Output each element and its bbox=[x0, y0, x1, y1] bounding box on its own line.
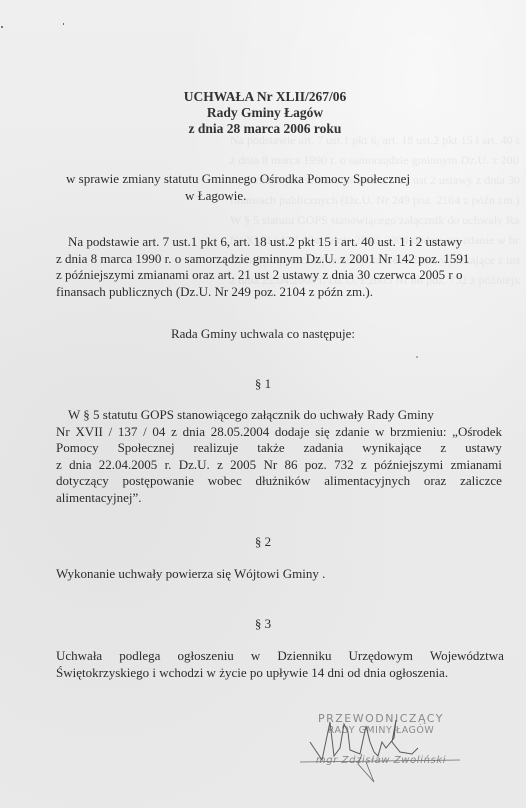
resolution-date: z dnia 28 marca 2006 roku bbox=[140, 121, 390, 137]
section-3-line: Świętokrzyskiego i wchodzi w życie po up… bbox=[56, 665, 504, 682]
section-1-line: PomocySpołecznejrealizujetakżezadaniawyn… bbox=[56, 440, 502, 457]
scan-speck bbox=[63, 23, 64, 25]
stamp-body: RADY GMINY ŁAGÓW bbox=[296, 725, 466, 737]
chairman-stamp: PRZEWODNICZĄCY RADY GMINY ŁAGÓW mgr Zdzi… bbox=[296, 712, 466, 766]
legal-basis-line: z dnia 8 marca 1990 r. o samorządzie gmi… bbox=[56, 251, 486, 268]
subject-line-1: w sprawie zmiany statutu Gminnego Ośrodk… bbox=[66, 171, 410, 188]
section-3-heading: § 3 bbox=[0, 616, 526, 633]
resolution-issuer: Rady Gminy Łagów bbox=[140, 105, 390, 121]
section-1-line: dotyczącypostępowaniewobecdłużnikówalime… bbox=[56, 473, 502, 490]
section-3-body: UchwałapodlegaogłoszeniuwDziennikuUrzędo… bbox=[56, 648, 504, 681]
section-1-line: alimentacyjnej”. bbox=[56, 490, 502, 507]
section-3-line: UchwałapodlegaogłoszeniuwDziennikuUrzędo… bbox=[56, 648, 504, 665]
scan-speck bbox=[1, 26, 3, 28]
section-2-heading: § 2 bbox=[0, 534, 526, 551]
legal-basis-line: Na podstawie art. 7 ust.1 pkt 6, art. 18… bbox=[56, 234, 486, 251]
legal-basis-paragraph: Na podstawie art. 7 ust.1 pkt 6, art. 18… bbox=[56, 234, 486, 300]
stamp-name: mgr Zdzisław Zwoliński bbox=[296, 755, 466, 766]
legal-basis-line: z późniejszymi zmianami oraz art. 21 ust… bbox=[56, 267, 486, 284]
section-1-line: NrXVII/137/04zdnia28.05.2004dodajesięzda… bbox=[56, 424, 502, 441]
resolution-intro: Rada Gminy uchwala co następuje: bbox=[0, 326, 526, 343]
scanned-document-page: Na podstawie art. 7 ust.1 pkt 6, art. 18… bbox=[0, 0, 526, 808]
scan-speck bbox=[416, 356, 418, 358]
resolution-title: UCHWAŁA Nr XLII/267/06 bbox=[140, 89, 390, 105]
section-1-heading: § 1 bbox=[0, 376, 526, 393]
section-1-body: W § 5 statutu GOPS stanowiącego załączni… bbox=[56, 407, 502, 506]
legal-basis-line: finansach publicznych (Dz.U. Nr 249 poz.… bbox=[56, 284, 486, 301]
section-2-body: Wykonanie uchwały powierza się Wójtowi G… bbox=[56, 566, 325, 583]
section-1-line: W § 5 statutu GOPS stanowiącego załączni… bbox=[56, 407, 502, 424]
section-1-line: zdnia22.04.2005r.Dz.U.z2005Nr86poz.732zp… bbox=[56, 457, 502, 474]
stamp-role: PRZEWODNICZĄCY bbox=[296, 712, 466, 725]
subject-line-2: w Łagowie. bbox=[185, 188, 246, 205]
